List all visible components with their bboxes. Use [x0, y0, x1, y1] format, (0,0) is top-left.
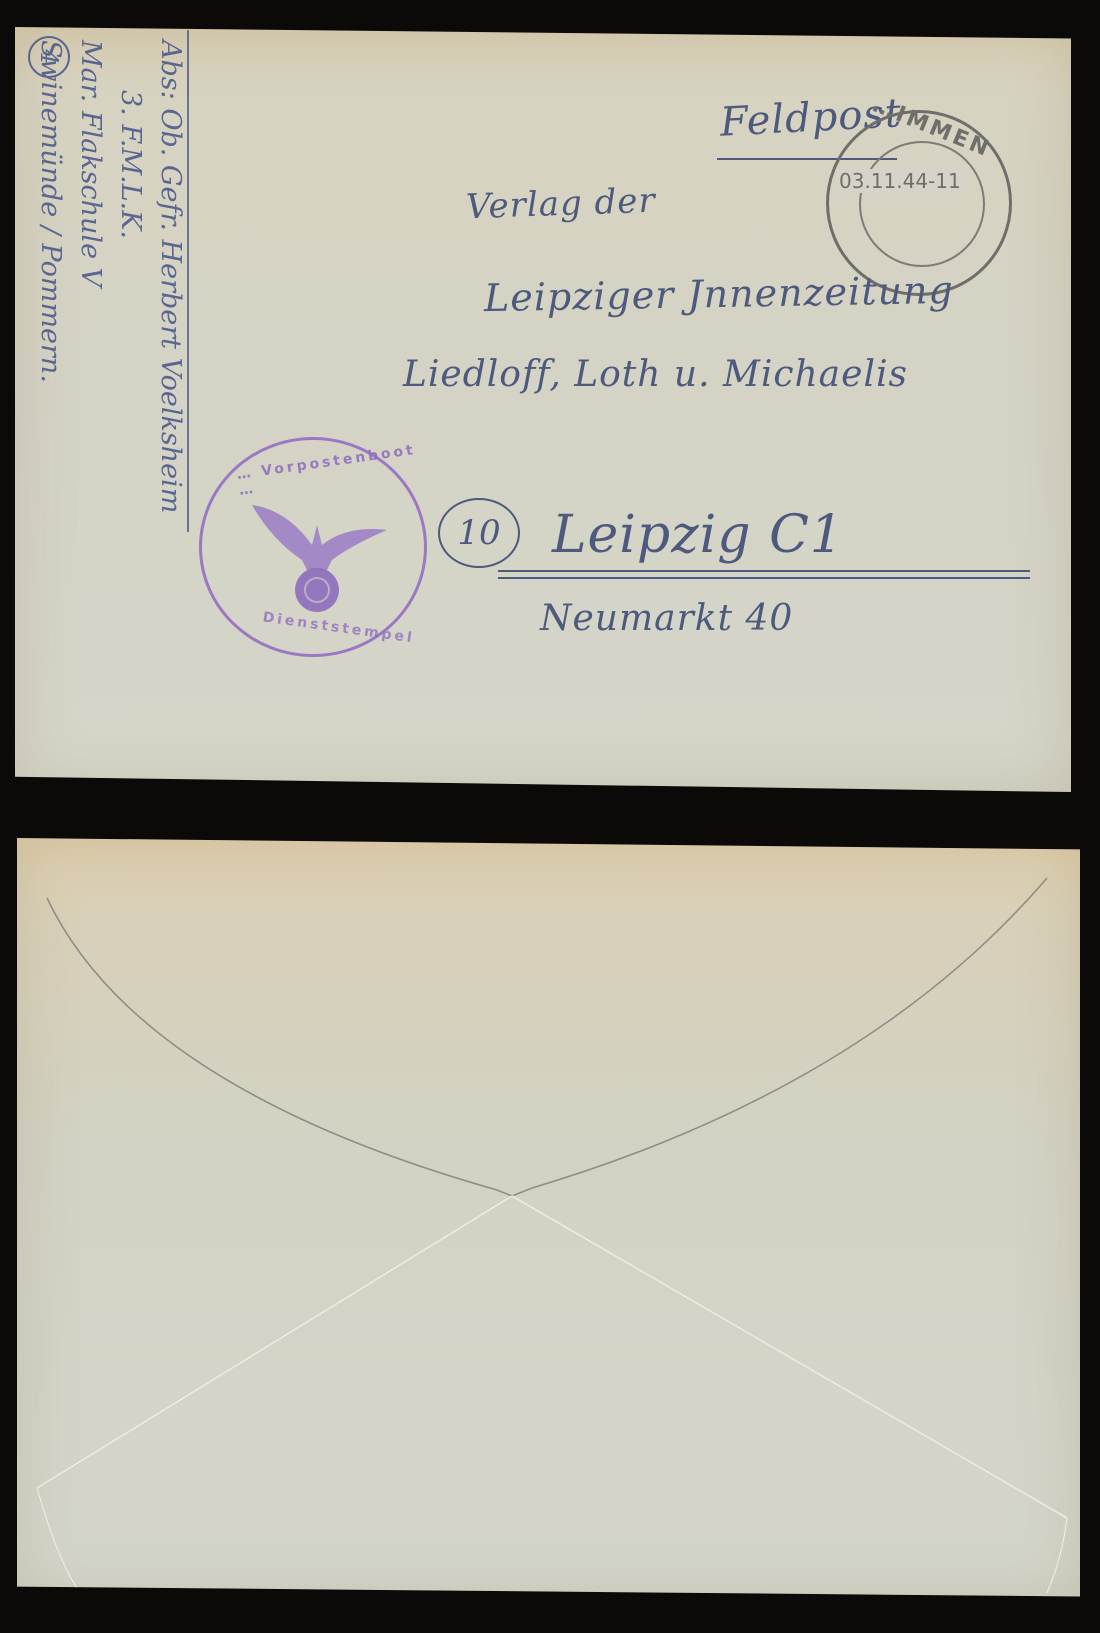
recipient-line-2: Leipziger Jnnenzeitung: [484, 268, 954, 320]
recipient-line-1: Verlag der: [465, 181, 656, 228]
city-underline-2: [498, 577, 1030, 579]
eagle-emblem-icon: [242, 485, 392, 615]
recipient-street: Neumarkt 40: [540, 598, 793, 639]
recipient-line-3: Liedloff, Loth u. Michaelis: [403, 354, 908, 395]
postal-zone-number: 10: [457, 513, 500, 553]
envelope-back: [17, 838, 1080, 1598]
sender-line-1: Abs: Ob. Gefr. Herbert Voelksheim: [150, 40, 190, 513]
postmark-date: 03.11.44-11: [837, 169, 963, 193]
sender-line-4: Swinemünde / Pommern.: [30, 40, 70, 513]
postmark-inner-ring: [859, 141, 985, 267]
official-seal-stamp: … Vorpostenboot … Dienststempel: [199, 437, 427, 657]
recipient-city: Leipzig C1: [552, 505, 844, 565]
postal-zone-circle: 10: [438, 498, 520, 568]
sender-block: Abs: Ob. Gefr. Herbert Voelksheim 3. F.M…: [30, 40, 190, 513]
city-underline-1: [498, 570, 1030, 572]
envelope-flap-fold-lines: [17, 838, 1080, 1598]
sender-line-2: 3. F.M.L.K.: [110, 40, 150, 513]
sender-line-3: Mar. Flakschule V: [70, 40, 110, 513]
